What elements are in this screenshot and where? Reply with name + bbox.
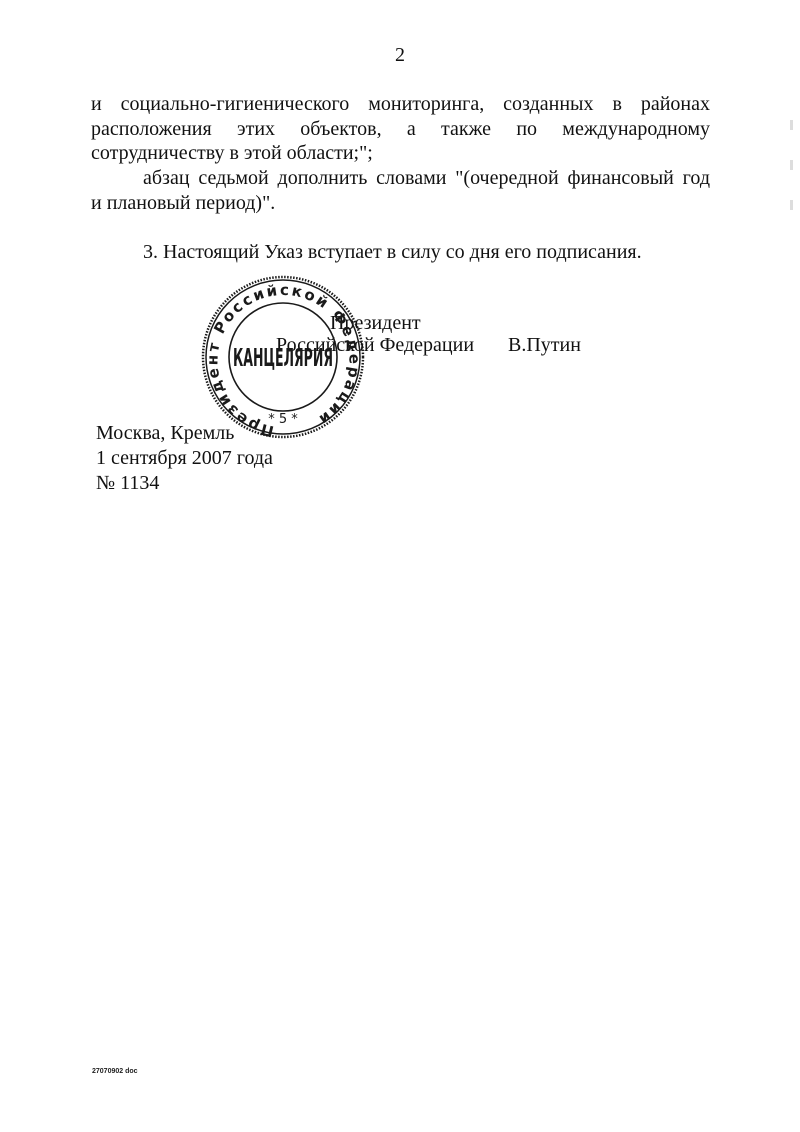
file-code: 27070902 doc [92,1068,138,1075]
text-line: сотрудничеству в этой области;"; [91,141,710,166]
page-number: 2 [0,44,800,67]
text-line: абзац седьмой дополнить словами "(очеред… [91,166,710,191]
paragraph-effective-date: 3. Настоящий Указ вступает в силу со дня… [91,240,710,265]
signatory-name: В.Путин [508,334,581,357]
text-line: расположения этих объектов, а также по м… [91,117,710,142]
signing-date: 1 сентября 2007 года [96,446,273,471]
stamp-center-text: КАНЦЕЛЯРИЯ [233,345,333,373]
place-date-block: Москва, Кремль 1 сентября 2007 года № 11… [96,421,273,496]
decree-number: № 1134 [96,471,273,496]
scan-edge-marks [790,120,796,260]
text-line: и плановый период)". [91,191,710,216]
paragraph-continuation: и социально-гигиенического мониторинга, … [91,92,710,166]
official-stamp-icon: Президент Российской Федерации * 5 * КАН… [200,275,370,440]
paragraph-amendment: абзац седьмой дополнить словами "(очеред… [91,166,710,215]
place-of-signing: Москва, Кремль [96,421,273,446]
text-line: и социально-гигиенического мониторинга, … [91,92,710,117]
text-line: 3. Настоящий Указ вступает в силу со дня… [91,240,710,265]
